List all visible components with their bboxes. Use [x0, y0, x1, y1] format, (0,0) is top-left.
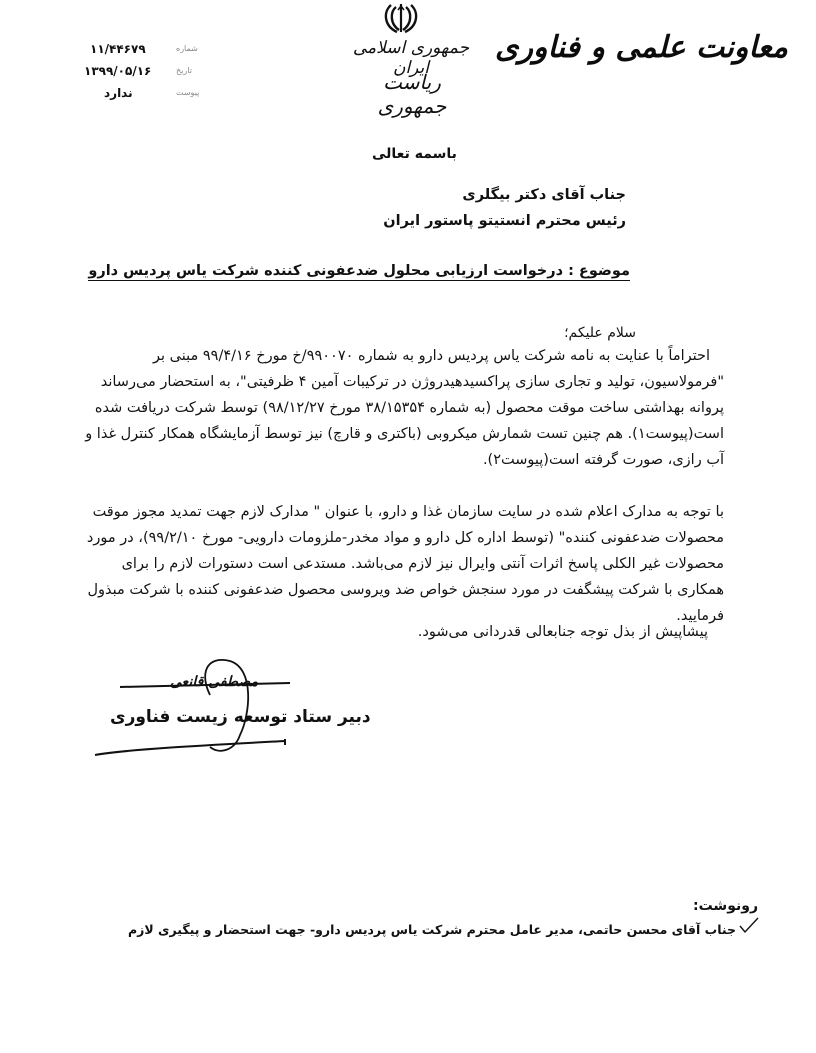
addressee-title: رئیس محترم انستیتو پاستور ایران	[383, 213, 626, 229]
paragraph-1: احتراماً با عنایت به نامه شرکت یاس پردیس…	[84, 343, 724, 473]
attachment-value: ندارد	[104, 86, 133, 100]
paragraph-line: همکاری با شرکت پیشگفت در مورد سنجش خواص …	[84, 577, 724, 603]
paragraph-line: است(پیوست۱). هم چنین تست شمارش میکروبی (…	[84, 421, 724, 447]
iran-emblem-icon	[382, 2, 420, 34]
checkmark-icon	[738, 916, 760, 936]
signatory-name: مصطفی قانعی	[170, 674, 258, 690]
addressee-name: جناب آقای دکتر بیگلری	[462, 187, 626, 203]
government-line-2: ریاست جمهوری	[352, 70, 472, 118]
closing-line: پیشاپیش از بذل توجه جنابعالی قدردانی می‌…	[418, 619, 708, 645]
cc-label: رونوشت:	[693, 898, 758, 914]
paragraph-line: پروانه بهداشتی ساخت موقت محصول (به شماره…	[84, 395, 724, 421]
paragraph-line: "فرمولاسیون، تولید و تجاری سازی پراکسیده…	[84, 369, 724, 395]
ministry-title: معاونت علمی و فناوری	[495, 30, 788, 65]
letter-number: ۱۱/۴۴۶۷۹	[90, 42, 146, 56]
paragraph-line: محصولات غیر الکلی پاسخ اثرات آنتی وایرال…	[84, 551, 724, 577]
letter-date: ۱۳۹۹/۰۵/۱۶	[84, 64, 151, 78]
paragraph-2: با توجه به مدارک اعلام شده در سایت سازما…	[84, 499, 724, 629]
invocation: باسمه تعالی	[372, 146, 457, 162]
paragraph-line: محصولات ضدعفونی کننده" (توسط اداره کل دا…	[84, 525, 724, 551]
letter-number-label: شماره	[176, 44, 198, 53]
letter-subject: موضوع : درخواست ارزیابی محلول ضدعفونی کن…	[88, 263, 630, 281]
paragraph-line: احتراماً با عنایت به نامه شرکت یاس پردیس…	[84, 343, 724, 369]
paragraph-line: با توجه به مدارک اعلام شده در سایت سازما…	[84, 499, 724, 525]
paragraph-line: آب رازی، صورت گرفته است(پیوست۲).	[84, 447, 724, 473]
signatory-title: دبیر ستاد توسعه زیست فناوری	[110, 707, 371, 727]
letter-date-label: تاریخ	[176, 66, 192, 75]
cc-recipient: جناب آقای محسن حاتمی، مدیر عامل محترم شر…	[128, 922, 736, 937]
attachment-label: پیوست	[176, 88, 199, 97]
